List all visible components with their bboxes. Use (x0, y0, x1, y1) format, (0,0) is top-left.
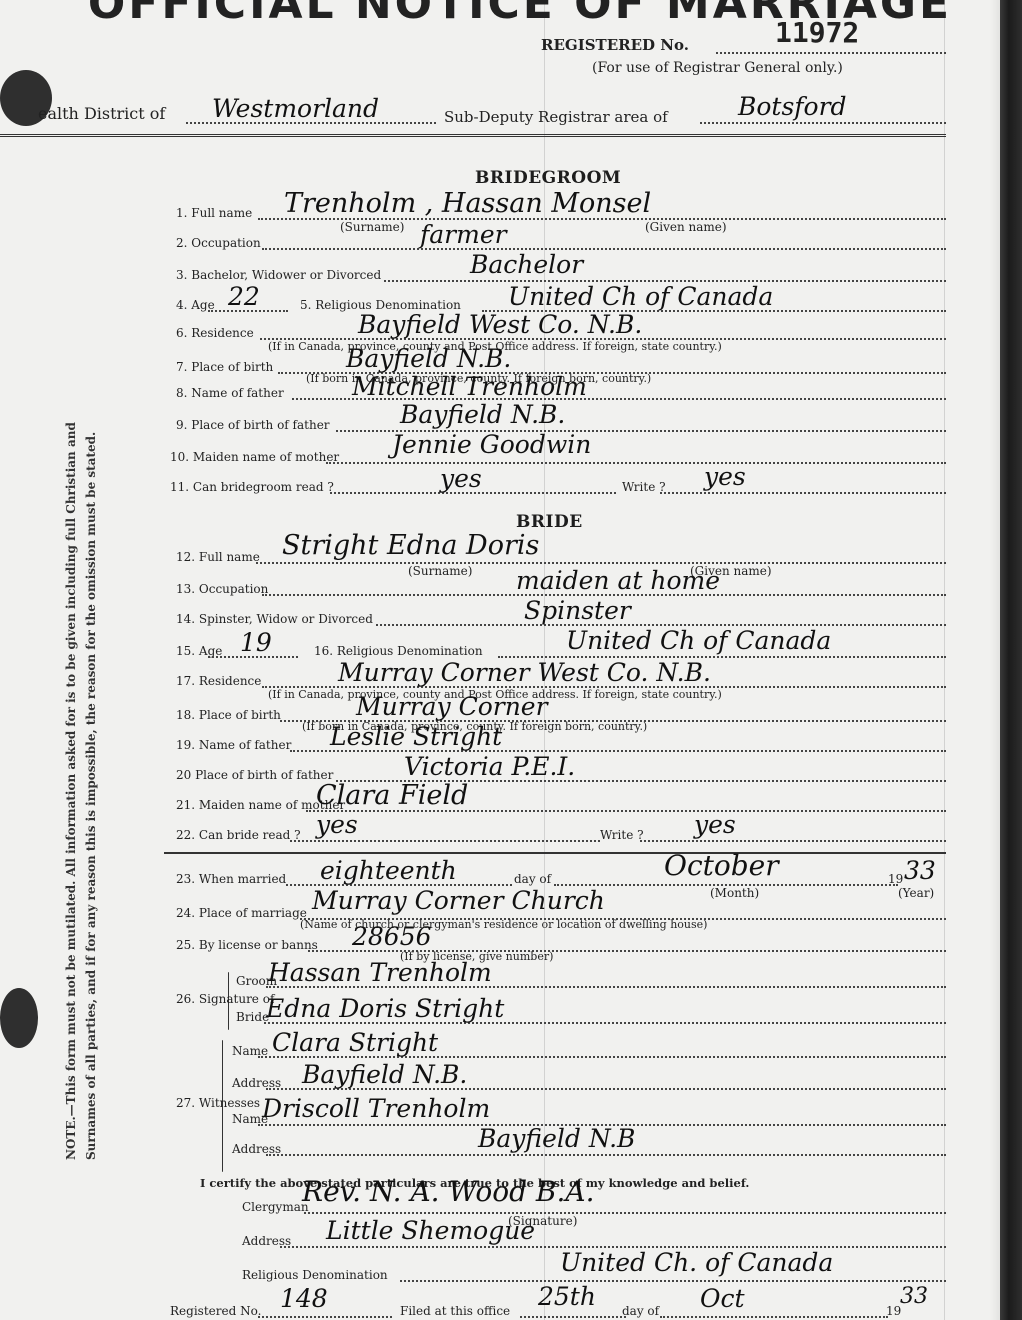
signature-label: 26. Signature of (176, 992, 274, 1006)
field-label: 13. Occupation (176, 582, 268, 596)
field-value: United Ch of Canada (566, 628, 831, 653)
document-page: OFFICIAL NOTICE OF MARRIAGE REGISTERED N… (0, 0, 1000, 1320)
groom-signature-value: Hassan Trenholm (268, 960, 492, 985)
field-label: 24. Place of marriage (176, 906, 307, 920)
field-value: Jennie Goodwin (392, 432, 591, 457)
field-value: yes (704, 464, 746, 489)
filed-month: Oct (700, 1286, 745, 1311)
field-label: 10. Maiden name of mother (170, 450, 339, 464)
bride-heading: BRIDE (516, 512, 583, 532)
field-label: 17. Residence (176, 674, 261, 688)
side-note-line2: Surnames of all parties, and if for any … (84, 432, 99, 1160)
surname-hint: (Surname) (340, 220, 404, 234)
field-label: 16. Religious Denomination (314, 644, 483, 658)
day-value: eighteenth (320, 858, 457, 883)
field-value: United Ch of Canada (508, 284, 773, 309)
year-prefix: 19 (886, 1304, 901, 1318)
registered-value: 148 (280, 1286, 328, 1311)
field-line (326, 462, 946, 464)
bride-signature-value: Edna Doris Stright (266, 996, 504, 1021)
field-value: Bayfield N.B. (400, 402, 565, 427)
field-label: 8. Name of father (176, 386, 284, 400)
field-value: Bayfield N.B. (346, 346, 511, 371)
field-value: Clara Field (316, 782, 468, 809)
field-value: Stright Edna Doris (282, 532, 539, 559)
field-line (262, 248, 946, 250)
field-label: 23. When married (176, 872, 286, 886)
field-label: 1. Full name (176, 206, 252, 220)
field-line (266, 1154, 946, 1156)
field-label: 12. Full name (176, 550, 260, 564)
year-value: 33 (904, 858, 936, 883)
denomination-label: Religious Denomination (242, 1268, 388, 1282)
day-of-label: day of (622, 1304, 659, 1318)
header-divider (0, 134, 946, 137)
place-value: Murray Corner Church (312, 888, 605, 913)
day-of-label: day of (514, 872, 551, 886)
field-value: Bayfield West Co. N.B. (358, 312, 642, 337)
year-prefix: 19 (888, 872, 903, 886)
field-line (304, 1212, 946, 1214)
field-line (290, 840, 600, 842)
field-label: 9. Place of birth of father (176, 418, 330, 432)
month-hint: (Month) (710, 886, 759, 900)
health-district-label: ealth District of (38, 104, 165, 123)
month-value: October (664, 852, 779, 880)
registered-line (716, 52, 946, 54)
bride-divider (164, 852, 946, 854)
registered-number: 11972 (775, 16, 859, 49)
registered-label: Registered No. (170, 1304, 261, 1318)
field-line (660, 492, 946, 494)
clergyman-value: Rev. N. A. Wood B.A. (302, 1178, 595, 1206)
field-value: Victoria P.E.I. (404, 754, 575, 779)
field-value: Murray Corner West Co. N.B. (338, 660, 711, 685)
filed-label: Filed at this office (400, 1304, 510, 1318)
witnesses-label: 27. Witnesses (176, 1096, 260, 1110)
subdeputy-line (700, 122, 946, 124)
field-label: 20 Place of birth of father (176, 768, 333, 782)
surname-hint: (Surname) (408, 564, 472, 578)
field-line (660, 1316, 888, 1318)
field-value: maiden at home (516, 568, 720, 593)
field-value: farmer (420, 222, 507, 247)
given-name-hint: (Given name) (645, 220, 727, 234)
punch-hole-bottom (0, 988, 38, 1048)
field-line (520, 1316, 626, 1318)
witness-address: Bayfield N.B (478, 1126, 635, 1151)
field-value: Murray Corner (356, 694, 548, 719)
registrar-note: (For use of Registrar General only.) (592, 60, 843, 76)
registered-label: REGISTERED No. (541, 36, 689, 54)
year-hint: (Year) (898, 886, 934, 900)
field-label: Write ? (600, 828, 644, 842)
field-line (258, 1316, 392, 1318)
field-line (256, 562, 946, 564)
health-district-value: Westmorland (212, 96, 379, 121)
field-label: 22. Can bride read ? (176, 828, 301, 842)
field-label: 7. Place of birth (176, 360, 273, 374)
year-value: 33 (900, 1286, 928, 1308)
license-value: 28656 (352, 924, 432, 949)
address-value: Little Shemogue (326, 1218, 535, 1243)
field-value: Trenholm , Hassan Monsel (284, 190, 651, 217)
field-value: 19 (240, 630, 272, 655)
field-value: 22 (228, 284, 260, 309)
bridegroom-heading: BRIDEGROOM (475, 168, 621, 188)
field-label: 2. Occupation (176, 236, 261, 250)
field-value: Spinster (524, 598, 631, 623)
field-value: Bachelor (470, 252, 583, 277)
filed-day: 25th (538, 1284, 596, 1309)
field-value: yes (316, 812, 358, 837)
scan-edge-shadow (1000, 0, 1022, 1320)
field-value: Mitchell Trenholm (352, 374, 587, 399)
subdeputy-label: Sub-Deputy Registrar area of (444, 108, 668, 126)
clergyman-label: Clergyman (242, 1200, 309, 1214)
field-value: yes (694, 812, 736, 837)
witness-name: Clara Stright (272, 1030, 438, 1055)
field-line (640, 840, 946, 842)
witness-name: Driscoll Trenholm (262, 1096, 490, 1121)
field-line (400, 1280, 946, 1282)
field-label: 18. Place of birth (176, 708, 281, 722)
field-label: 3. Bachelor, Widower or Divorced (176, 268, 381, 282)
field-label: Write ? (622, 480, 666, 494)
subdeputy-value: Botsford (738, 94, 847, 119)
field-label: 6. Residence (176, 326, 254, 340)
scan-guide-line (944, 0, 945, 1320)
field-value: yes (440, 466, 482, 491)
witness-address: Bayfield N.B. (302, 1062, 467, 1087)
side-note-line1: NOTE.—This form must not be mutilated. A… (64, 422, 79, 1160)
denomination-value: United Ch. of Canada (560, 1250, 833, 1275)
field-label: 25. By license or banns (176, 938, 318, 952)
field-label: 14. Spinster, Widow or Divorced (176, 612, 373, 626)
field-label: 11. Can bridegroom read ? (170, 480, 334, 494)
field-value: Leslie Stright (330, 724, 502, 749)
field-label: 19. Name of father (176, 738, 291, 752)
